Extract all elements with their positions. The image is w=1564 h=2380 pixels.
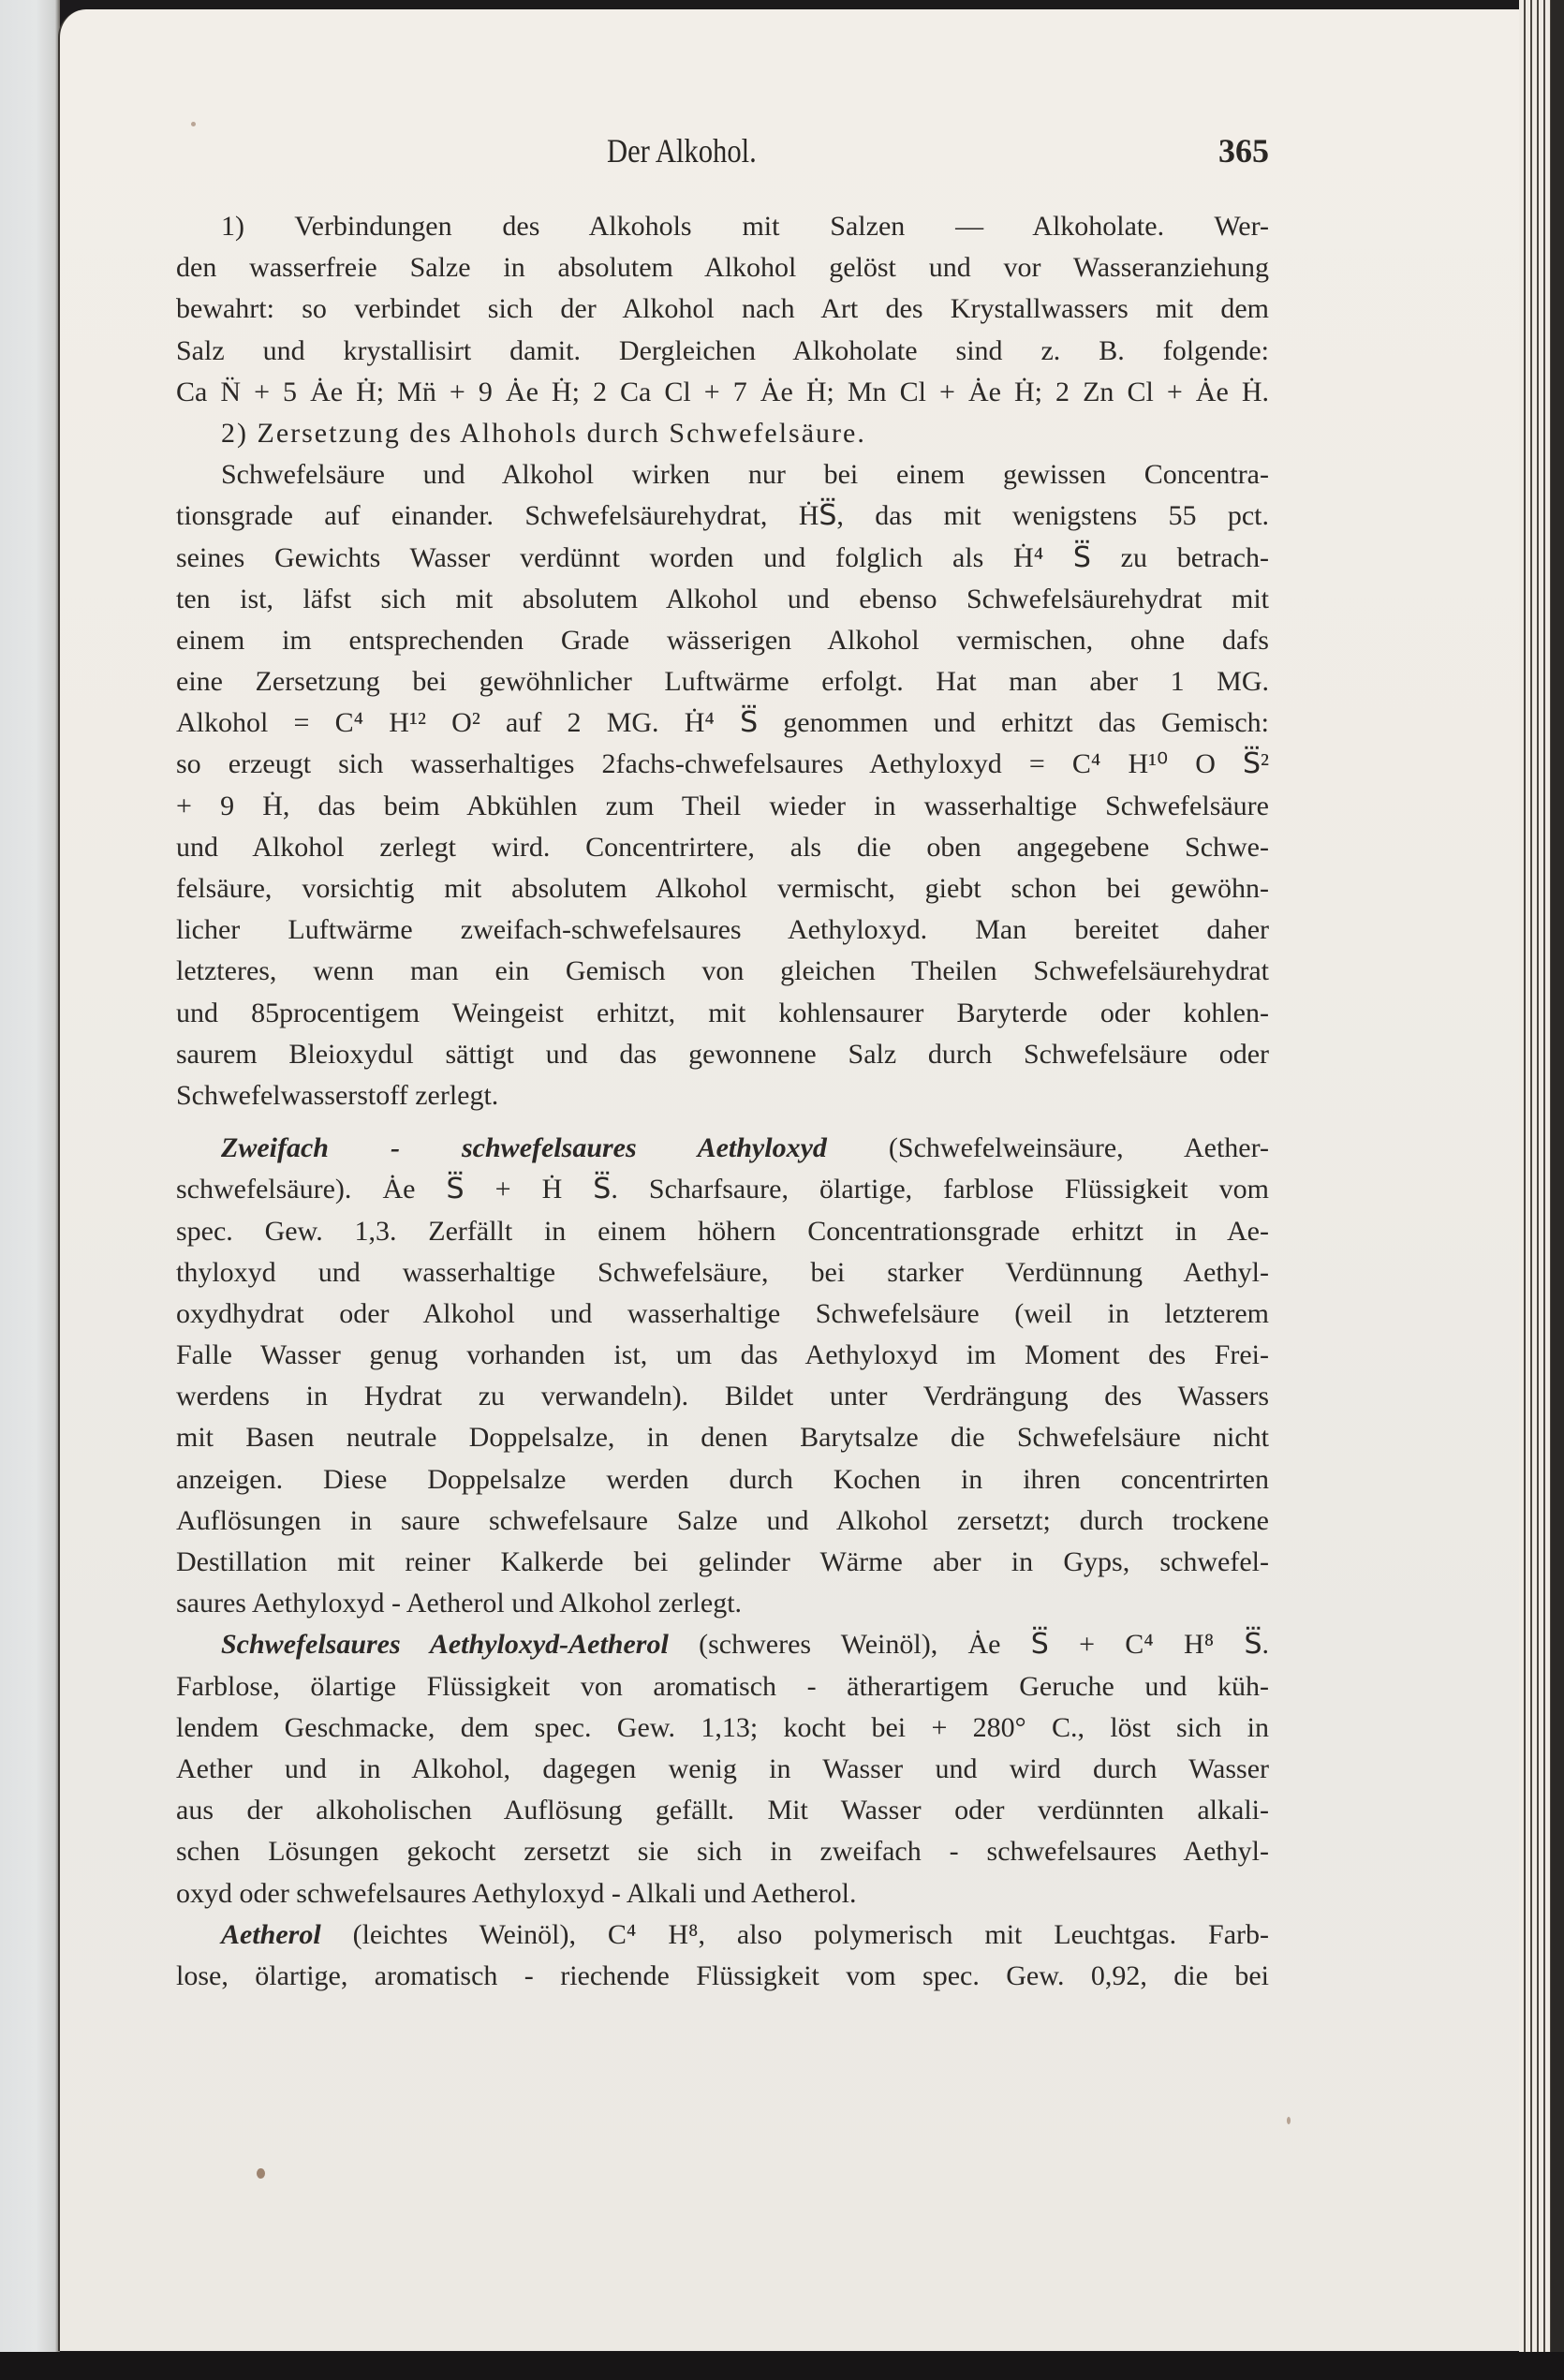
text-line: Destillation mit reiner Kalkerde bei gel… xyxy=(176,1542,1269,1583)
text-line: bewahrt: so verbindet sich der Alkohol n… xyxy=(176,288,1269,330)
text-line: ten ist, läfst sich mit absolutem Alkoho… xyxy=(176,579,1269,620)
text-line: Aether und in Alkohol, dagegen wenig in … xyxy=(176,1749,1269,1790)
text-line: spec. Gew. 1,3. Zerfällt in einem höhern… xyxy=(176,1211,1269,1252)
text-line: Aetherol (leichtes Weinöl), C⁴ H⁸, also … xyxy=(176,1914,1269,1956)
text-line: den wasserfreie Salze in absolutem Alkoh… xyxy=(176,247,1269,288)
text-line: so erzeugt sich wasserhaltiges 2fachs-ch… xyxy=(176,744,1269,785)
text-line: schwefelsäure). Ȧe S⃛ + Ḣ S⃛. Scharfsaur… xyxy=(176,1169,1269,1210)
text-line: mit Basen neutrale Doppelsalze, in denen… xyxy=(176,1417,1269,1458)
text-line: Auflösungen in saure schwefelsaure Salze… xyxy=(176,1500,1269,1542)
text-line: tionsgrade auf einander. Schwefelsäurehy… xyxy=(176,495,1269,537)
text-line: Salz und krystallisirt damit. Dergleiche… xyxy=(176,331,1269,372)
paper-stain xyxy=(257,2168,265,2179)
text-line: Ca N̈ + 5 Ȧe Ḣ; Mn̈ + 9 Ȧe Ḣ; 2 Ca Cl + … xyxy=(176,372,1269,413)
text-line: Schwefelsaures Aethyloxyd-Aetherol (schw… xyxy=(176,1624,1269,1665)
running-head: Der Alkohol. xyxy=(607,131,757,170)
text-line: einem im entsprechenden Grade wässerigen… xyxy=(176,620,1269,661)
text-line: + 9 Ḣ, das beim Abkühlen zum Theil wiede… xyxy=(176,786,1269,827)
text-line: oxyd oder schwefelsaures Aethyloxyd - Al… xyxy=(176,1873,1269,1914)
text-line: werdens in Hydrat zu verwandeln). Bildet… xyxy=(176,1376,1269,1417)
text-line: oxydhydrat oder Alkohol und wasserhaltig… xyxy=(176,1293,1269,1335)
text-line: seines Gewichts Wasser verdünnt worden u… xyxy=(176,538,1269,579)
body-text: 1) Verbindungen des Alkohols mit Salzen … xyxy=(176,206,1269,1997)
page-header: Der Alkohol. 365 xyxy=(176,131,1269,178)
text-line: Zweifach - schwefelsaures Aethyloxyd (Sc… xyxy=(176,1128,1269,1169)
text-line: lose, ölartige, aromatisch - riechende F… xyxy=(176,1956,1269,1997)
italic-term: Aetherol xyxy=(221,1919,321,1950)
text-line: und Alkohol zerlegt wird. Concentrirtere… xyxy=(176,827,1269,868)
text-line: thyloxyd und wasserhaltige Schwefelsäure… xyxy=(176,1252,1269,1293)
text-line: anzeigen. Diese Doppelsalze werden durch… xyxy=(176,1459,1269,1500)
text-line: und 85procentigem Weingeist erhitzt, mit… xyxy=(176,993,1269,1034)
text-line: 2) Zersetzung des Alhohols durch Schwefe… xyxy=(176,413,1269,454)
paper-stain xyxy=(191,122,196,126)
text-line: Falle Wasser genug vorhanden ist, um das… xyxy=(176,1335,1269,1376)
text-line: eine Zersetzung bei gewöhnlicher Luftwär… xyxy=(176,661,1269,702)
italic-term: Zweifach - schwefelsaures Aethyloxyd xyxy=(221,1132,827,1163)
text-line: licher Luftwärme zweifach-schwefelsaures… xyxy=(176,909,1269,951)
text-line: schen Lösungen gekocht zersetzt sie sich… xyxy=(176,1831,1269,1872)
page-stack-edge xyxy=(1519,0,1564,2365)
background-shadow xyxy=(0,2352,1564,2380)
text-line: saures Aethyloxyd - Aetherol und Alkohol… xyxy=(176,1583,1269,1624)
adjacent-left-page xyxy=(0,0,60,2360)
italic-term: Schwefelsaures Aethyloxyd-Aetherol xyxy=(221,1629,669,1660)
text-line: saurem Bleioxydul sättigt und das gewonn… xyxy=(176,1034,1269,1075)
text-line: aus der alkoholischen Auflösung gefällt.… xyxy=(176,1790,1269,1831)
text-line: 1) Verbindungen des Alkohols mit Salzen … xyxy=(176,206,1269,247)
text-line: letzteres, wenn man ein Gemisch von glei… xyxy=(176,951,1269,992)
text-line: Farblose, ölartige Flüssigkeit von aroma… xyxy=(176,1666,1269,1707)
text-line: lendem Geschmacke, dem spec. Gew. 1,13; … xyxy=(176,1707,1269,1749)
text-line: Schwefelsäure und Alkohol wirken nur bei… xyxy=(176,454,1269,495)
paper-stain xyxy=(1287,2117,1291,2124)
text-line: felsäure, vorsichtig mit absolutem Alkoh… xyxy=(176,868,1269,909)
text-line: Schwefelwasserstoff zerlegt. xyxy=(176,1075,1269,1116)
page-number: 365 xyxy=(1218,131,1269,170)
text-line: Alkohol = C⁴ H¹² O² auf 2 MG. Ḣ⁴ S⃛ geno… xyxy=(176,702,1269,744)
